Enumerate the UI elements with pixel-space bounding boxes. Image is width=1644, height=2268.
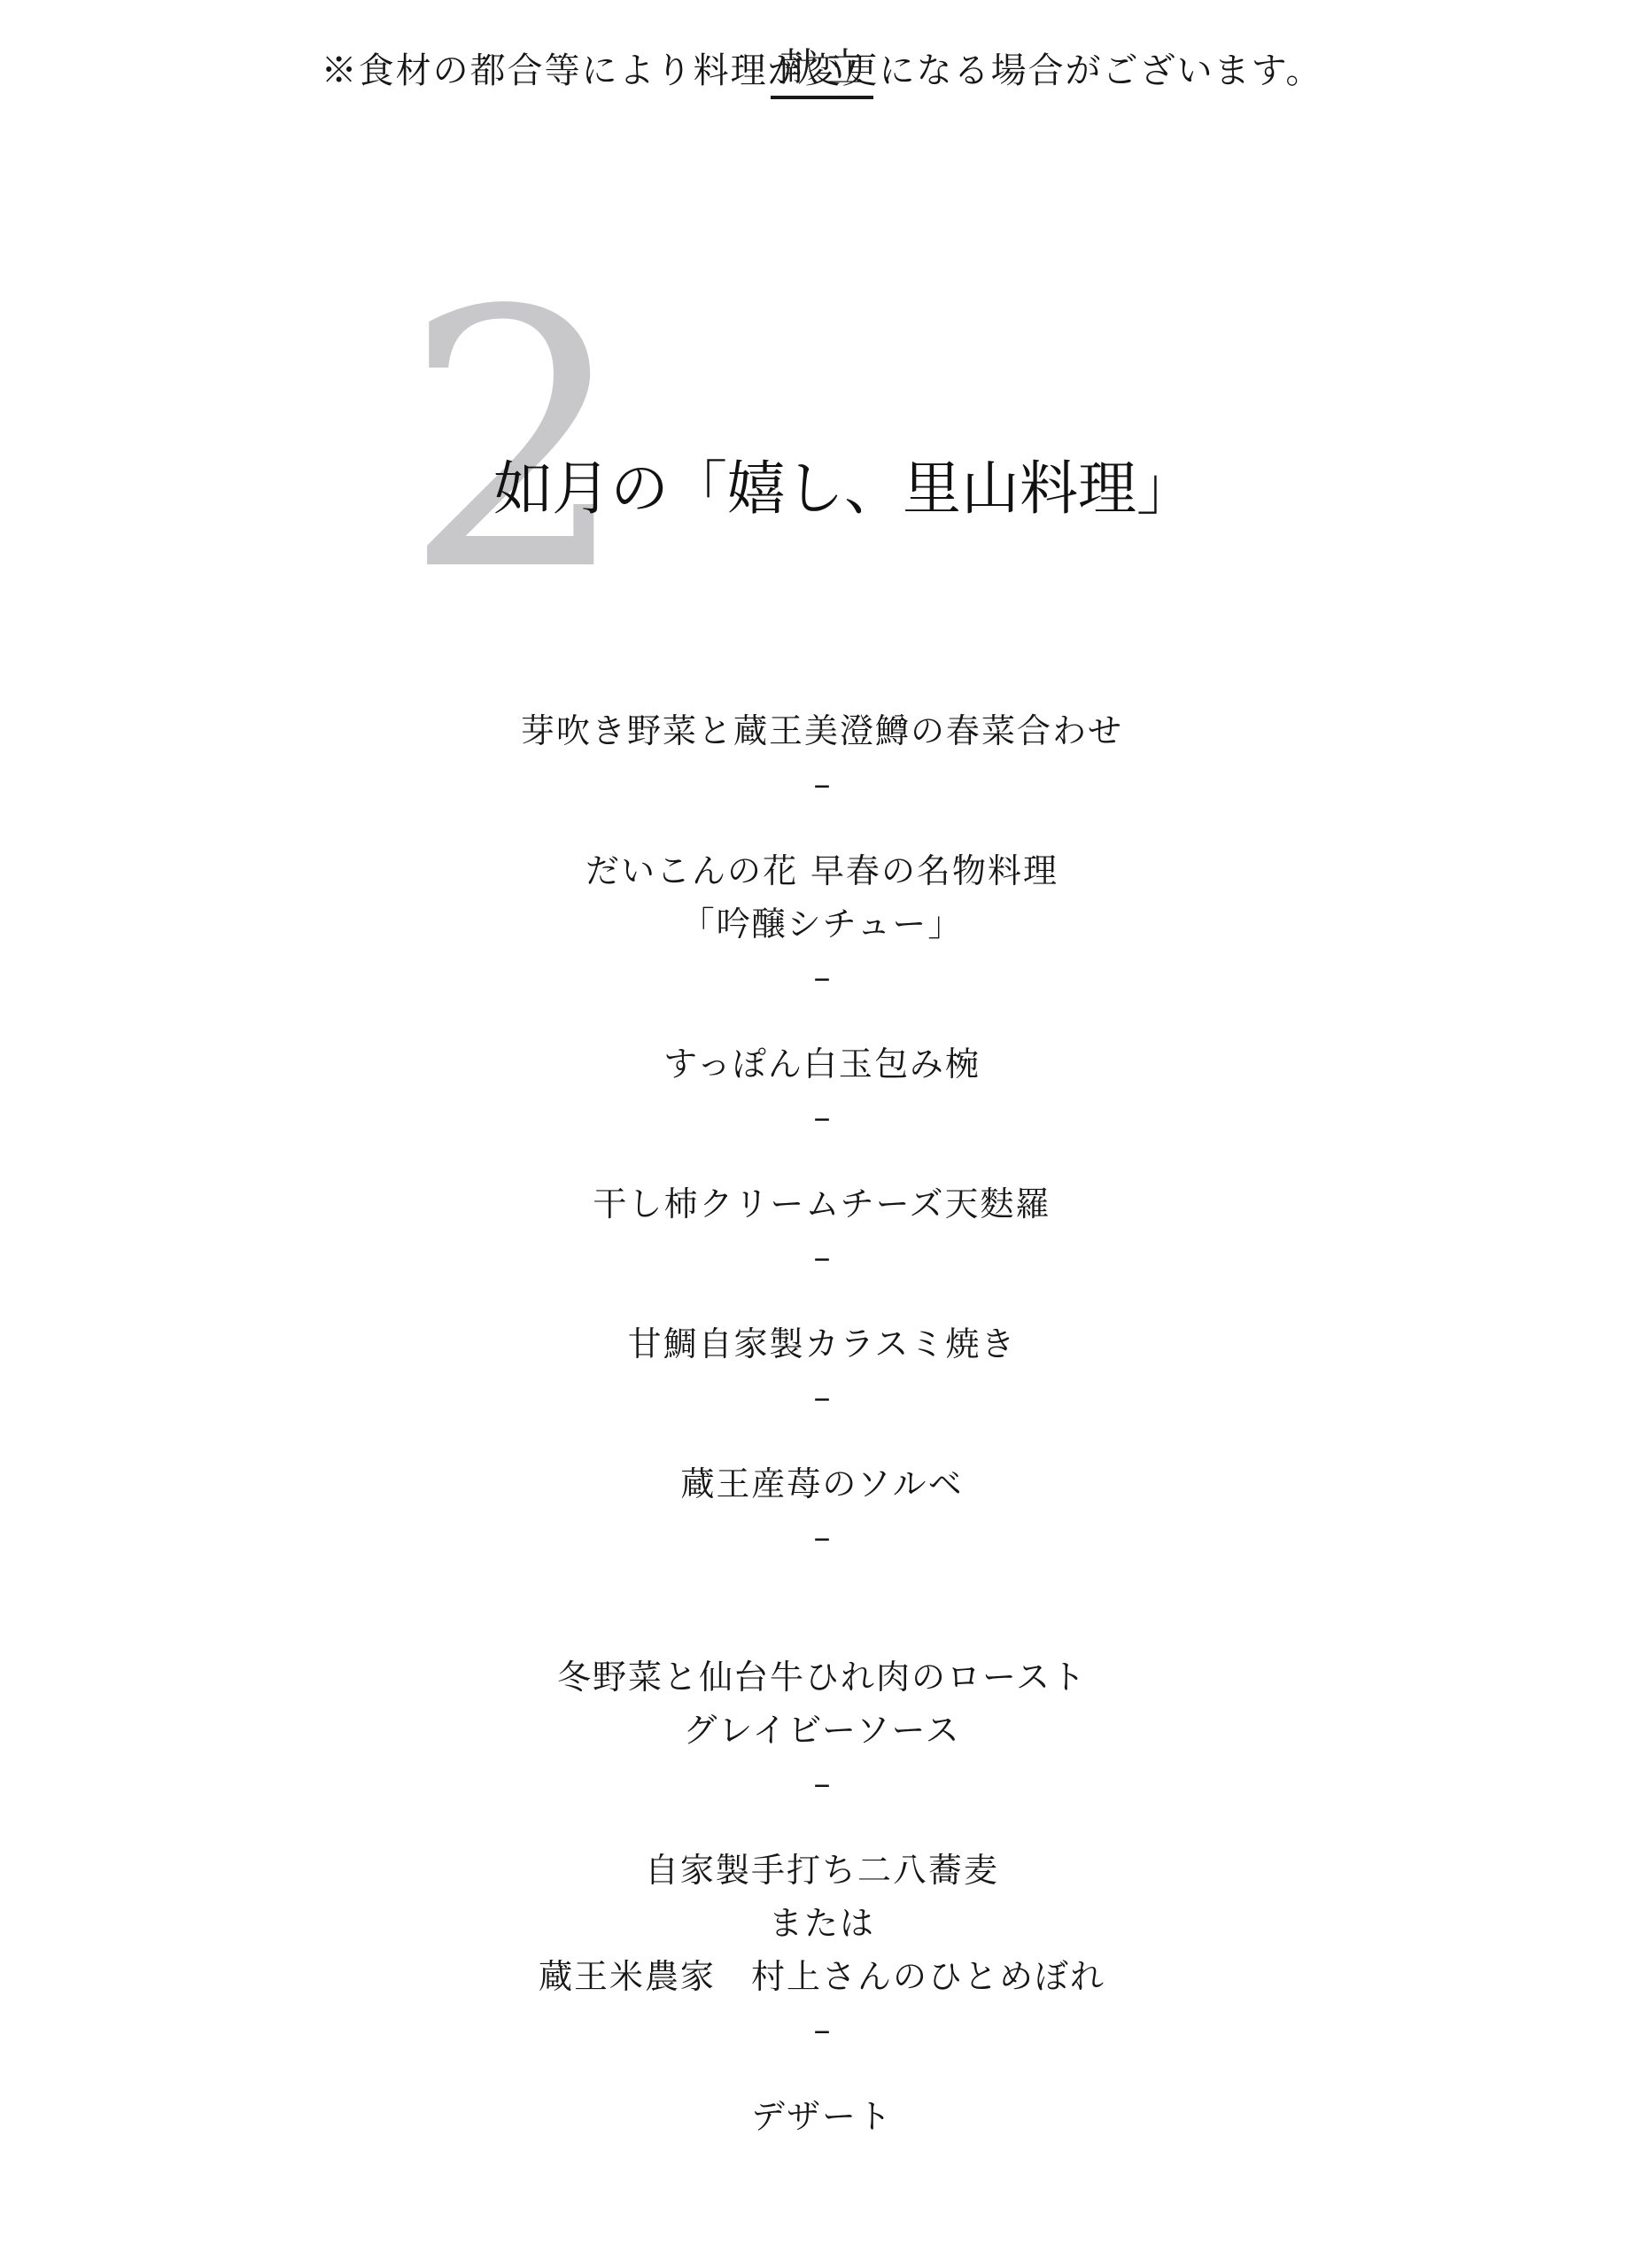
menu-item-line: 蔵王産苺のソルベ: [0, 1457, 1644, 1511]
chapter-number-watermark: 2: [403, 266, 629, 620]
menu-item: 芽吹き野菜と蔵王美澄鱒の春菜合わせ–: [0, 704, 1644, 811]
menu-item: 干し柿クリームチーズ天麩羅–: [0, 1177, 1644, 1284]
menu-item-line: 甘鯛自家製カラスミ焼き: [0, 1317, 1644, 1371]
menu-item: だいこんの花 早春の名物料理「吟醸シチュー」–: [0, 844, 1644, 1004]
menu-item-line: グレイビーソース: [0, 1704, 1644, 1757]
menu-item-line: 冬野菜と仙台牛ひれ肉のロースト: [0, 1651, 1644, 1704]
item-separator-dash: –: [0, 951, 1644, 1004]
item-separator-dash: –: [0, 1231, 1644, 1284]
menu-item-line: 蔵王米農家 村上さんのひとめぼれ: [0, 1950, 1644, 2003]
menu-item: 甘鯛自家製カラスミ焼き–: [0, 1317, 1644, 1424]
item-separator-dash: –: [0, 757, 1644, 811]
menu-item-line: デザート: [0, 2090, 1644, 2143]
menu-item: 蔵王産苺のソルベ–: [0, 1457, 1644, 1564]
menu-item-line: 干し柿クリームチーズ天麩羅: [0, 1177, 1644, 1231]
menu-item-line: 芽吹き野菜と蔵王美澄鱒の春菜合わせ: [0, 704, 1644, 757]
menu-item-line: または: [0, 1897, 1644, 1950]
section-heading: 如月の「嬉し、里山料理」: [493, 454, 1195, 524]
page-title: 献立: [771, 46, 873, 99]
item-separator-dash: –: [0, 1511, 1644, 1564]
item-separator-dash: –: [0, 1757, 1644, 1810]
menu-list: 芽吹き野菜と蔵王美澄鱒の春菜合わせ–だいこんの花 早春の名物料理「吟醸シチュー」…: [0, 704, 1644, 2143]
menu-document-page: 献立 2 如月の「嬉し、里山料理」 芽吹き野菜と蔵王美澄鱒の春菜合わせ–だいこん…: [0, 0, 1644, 2268]
menu-item-line: だいこんの花 早春の名物料理: [0, 844, 1644, 897]
doc-title-wrap: 献立: [0, 46, 1644, 99]
menu-item: 冬野菜と仙台牛ひれ肉のローストグレイビーソース–: [0, 1651, 1644, 1810]
item-separator-dash: –: [0, 1371, 1644, 1424]
menu-item: 自家製手打ち二八蕎麦または蔵王米農家 村上さんのひとめぼれ–: [0, 1844, 1644, 2056]
menu-item-line: 自家製手打ち二八蕎麦: [0, 1844, 1644, 1897]
item-separator-dash: –: [0, 2003, 1644, 2056]
menu-item: デザート: [0, 2090, 1644, 2143]
item-separator-dash: –: [0, 1091, 1644, 1144]
menu-item-line: すっぽん白玉包み椀: [0, 1037, 1644, 1091]
menu-item: すっぽん白玉包み椀–: [0, 1037, 1644, 1144]
menu-item-line: 「吟醸シチュー」: [0, 897, 1644, 951]
